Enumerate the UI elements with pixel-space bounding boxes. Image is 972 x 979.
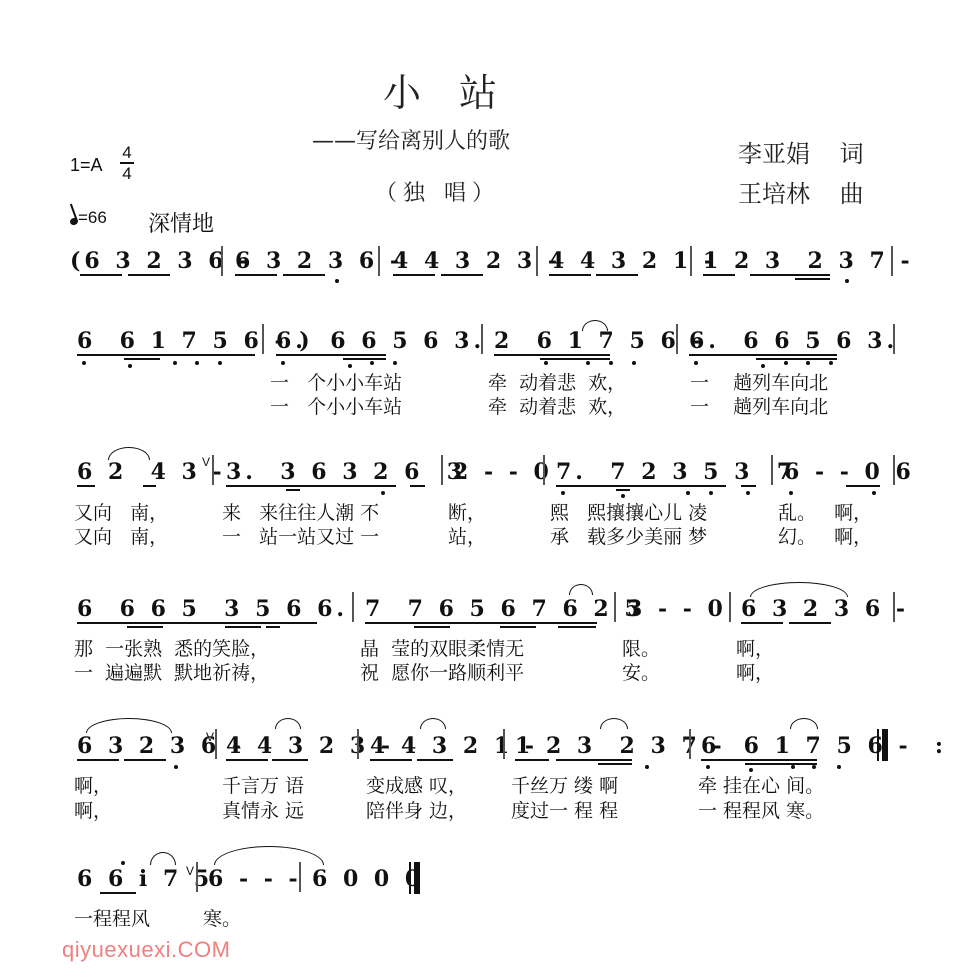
slur <box>86 718 172 733</box>
lyric-verse2: 度过一 程 程 <box>511 796 618 823</box>
lower-octave-dot <box>173 361 177 365</box>
lyric-verse1: 啊， <box>736 634 774 661</box>
lyric-verse2: 陪伴身 边， <box>366 796 467 823</box>
underline <box>365 622 597 624</box>
lyric-verse2: 一 趟列车向北 <box>690 392 828 419</box>
lower-octave-dot <box>686 491 690 495</box>
lyric-verse2: 承 载多少美丽 梦 <box>550 522 707 549</box>
slur <box>600 718 628 729</box>
underline <box>226 485 396 487</box>
barline <box>196 862 198 892</box>
measure-1: (6 3 2 3 6 - <box>70 248 252 274</box>
measure-9: 6. 6 6 5 6 3. <box>689 328 898 354</box>
lower-octave-dot <box>709 491 713 495</box>
underline <box>143 485 156 487</box>
repeat-barline-thin <box>877 729 879 761</box>
lyric-verse1: 那 一张熟 悉的笑脸， <box>74 634 269 661</box>
final-barline-thin <box>409 862 411 894</box>
time-sig-bottom: 4 <box>120 165 134 182</box>
lyric-verse2: 一 程程风 寒。 <box>698 796 824 823</box>
measure-20: 4 4 3 2 3 - <box>226 733 394 759</box>
underline <box>741 622 783 624</box>
measure-4: 4 4 3 2 1 - <box>549 248 717 274</box>
lower-octave-dot <box>829 361 833 365</box>
underline <box>750 274 830 276</box>
underline-double <box>225 626 261 628</box>
final-barline-thick <box>414 862 420 894</box>
breath-mark: V <box>202 455 210 469</box>
lyric-verse2: 站， <box>448 522 486 549</box>
lower-octave-dot <box>837 765 841 769</box>
lower-octave-dot <box>82 361 86 365</box>
composer-credit: 王培林 曲 <box>738 174 864 209</box>
underline <box>276 354 386 356</box>
underline-double <box>500 626 536 628</box>
lyric-verse2: 幻。 啊， <box>778 522 872 549</box>
underline <box>272 759 308 761</box>
measure-22: 1 2 3 2 3 7 - <box>515 733 726 759</box>
lyric-verse2: 一 个小小车站 <box>270 392 402 419</box>
measure-15: 6 6 6 5 3 5 6 6. <box>77 596 348 622</box>
underline <box>77 354 255 356</box>
underline <box>701 759 817 761</box>
underline <box>596 274 638 276</box>
lower-octave-dot <box>812 765 816 769</box>
underline <box>77 622 317 624</box>
lower-octave-dot <box>694 361 698 365</box>
lyric-verse1: 晶 莹的双眼柔情无 <box>360 634 524 661</box>
underline-double <box>540 358 610 360</box>
repeat-barline-thick <box>882 729 888 761</box>
barline <box>357 729 359 759</box>
lyric-verse2: 啊， <box>736 658 774 685</box>
barline <box>729 592 731 622</box>
underline-double <box>756 358 837 360</box>
lyric-verse2: 一 遍遍默 默地祈祷， <box>74 658 269 685</box>
measure-7: 6. 6 6 5 6 3. <box>276 328 485 354</box>
underline <box>846 485 880 487</box>
barline <box>543 455 545 485</box>
underline-double <box>414 626 450 628</box>
lyric-verse1: 变成感 叹， <box>366 771 467 798</box>
lower-octave-dot <box>784 361 788 365</box>
barline <box>378 246 380 276</box>
lower-octave-dot <box>281 361 285 365</box>
lower-octave-dot <box>845 279 849 283</box>
underline-double <box>343 358 386 360</box>
underline-double <box>795 278 830 280</box>
barline <box>891 246 893 276</box>
composer-name: 王培林 <box>738 180 810 208</box>
slur <box>569 584 593 595</box>
lower-octave-dot <box>632 361 636 365</box>
barline <box>689 729 691 759</box>
lyricist-name: 李亚娟 <box>738 140 810 168</box>
measure-26: 6 0 0 0 <box>312 866 424 892</box>
lyric-verse1: 啊， <box>74 771 112 798</box>
measure-16: 7 7 6 5 6 7 6 2 5 <box>365 596 644 622</box>
time-signature: 4 4 <box>120 144 134 182</box>
lyric-verse1: 牵 动着悲 欢， <box>488 368 626 395</box>
lower-octave-dot <box>789 491 793 495</box>
underline <box>789 622 831 624</box>
lyric-verse1: 熙 熙攘攘心儿 凌 <box>550 498 707 525</box>
lyric-verse2: 祝 愿你一路顺利平 <box>360 658 524 685</box>
underline <box>494 354 610 356</box>
lyricist-credit: 李亚娟 词 <box>738 134 864 169</box>
underline-double <box>127 626 163 628</box>
lower-octave-dot <box>645 765 649 769</box>
lower-octave-dot <box>128 364 132 368</box>
lyric-verse2: 又向 南， <box>74 522 168 549</box>
lower-octave-dot <box>195 361 199 365</box>
underline <box>549 274 591 276</box>
tie <box>108 447 150 460</box>
breath-mark: V <box>206 730 214 744</box>
key-signature: 1=A <box>70 155 103 176</box>
measure-21: 4 4 3 2 1 - <box>370 733 538 759</box>
underline <box>703 274 735 276</box>
lower-octave-dot <box>806 361 810 365</box>
lower-octave-dot <box>872 491 876 495</box>
barline <box>893 324 895 354</box>
upper-octave-dot <box>121 861 125 865</box>
measure-8: 2 6 1 7 5 6 - <box>494 328 705 354</box>
underline <box>393 274 435 276</box>
underline <box>417 759 453 761</box>
performance-type: （独 唱） <box>375 176 500 207</box>
slur <box>420 718 446 729</box>
underline <box>515 759 549 761</box>
underline <box>226 759 268 761</box>
underline <box>441 274 483 276</box>
slur <box>582 320 608 331</box>
underline-double <box>598 763 632 765</box>
lyric-verse1: 来 来往往人潮 不 <box>222 498 379 525</box>
lyric-verse2: 真情永 远 <box>222 796 304 823</box>
slur <box>790 718 818 729</box>
barline <box>441 455 443 485</box>
breath-mark: V <box>186 864 194 878</box>
lyric-verse1: 一 个小小车站 <box>270 368 402 395</box>
barline <box>503 729 505 759</box>
expression-marking: 深情地 <box>148 207 214 238</box>
lyric-verse2: 牵 动着悲 欢， <box>488 392 626 419</box>
time-sig-top: 4 <box>120 144 134 161</box>
underline-double <box>745 763 817 765</box>
underline-double <box>266 626 280 628</box>
measure-13: 7. 7 2 3 5 3 7 <box>556 459 796 485</box>
underline-double <box>558 626 596 628</box>
lower-octave-dot <box>586 361 590 365</box>
lyricist-role: 词 <box>840 140 864 168</box>
barline <box>676 324 678 354</box>
underline <box>410 485 425 487</box>
underline <box>77 759 119 761</box>
tie <box>214 846 324 865</box>
lower-octave-dot <box>706 765 710 769</box>
underline <box>370 759 412 761</box>
barline <box>299 862 301 892</box>
measure-25: 6 - - - <box>208 866 302 892</box>
measure-11: 3. 3 6 3 2 6 3 <box>226 459 466 485</box>
underline <box>80 274 122 276</box>
lyric-verse1: 断， <box>448 498 486 525</box>
slur <box>275 718 301 729</box>
lyric-verse1: 一程程风 <box>74 904 150 931</box>
lyric-verse1: 又向 南， <box>74 498 168 525</box>
measure-17: 3 - - 0 <box>627 596 727 622</box>
song-title: 小站 <box>383 62 535 117</box>
lyric-verse1: 千丝万 缕 啊 <box>511 771 618 798</box>
lower-octave-dot <box>544 361 548 365</box>
barline <box>893 455 895 485</box>
tempo-value: =66 <box>78 208 107 227</box>
measure-12: 2 - - 0 <box>453 459 553 485</box>
underline <box>128 274 170 276</box>
composer-role: 曲 <box>840 180 864 208</box>
measure-14: 6 - - 0 6 <box>784 459 915 485</box>
measure-5: 1 2 3 2 3 7 - <box>703 248 914 274</box>
barline <box>215 729 217 759</box>
measure-18: 6 3 2 3 6 - <box>741 596 909 622</box>
lyric-verse1: 牵 挂在心 间。 <box>698 771 824 798</box>
watermark: qiyuexuexi.COM <box>62 937 230 963</box>
barline <box>212 455 214 485</box>
measure-19: 6 3 2 3 6 - <box>77 733 245 759</box>
lower-octave-dot <box>370 361 374 365</box>
barline <box>614 592 616 622</box>
lyric-verse2: 啊， <box>74 796 112 823</box>
barline <box>690 246 692 276</box>
lower-octave-dot <box>791 765 795 769</box>
tempo-marking: =66 <box>70 208 107 228</box>
lyric-verse1: 乱。 啊， <box>778 498 872 525</box>
lyric-verse2: 一 站一站又过 一 <box>222 522 379 549</box>
barline <box>262 324 264 354</box>
lower-octave-dot <box>335 279 339 283</box>
underline-double <box>286 489 300 491</box>
lower-octave-dot <box>561 491 565 495</box>
underline <box>556 485 726 487</box>
barline <box>481 324 483 354</box>
barline <box>221 246 223 276</box>
lyric-verse1: 限。 <box>622 634 660 661</box>
lower-octave-dot <box>174 765 178 769</box>
underline <box>283 274 325 276</box>
slur <box>750 582 848 597</box>
lower-octave-dot <box>609 361 613 365</box>
lower-octave-dot <box>746 491 750 495</box>
slur <box>150 852 176 865</box>
underline <box>77 485 95 487</box>
underline <box>100 892 136 894</box>
lyric-verse1: 一 趟列车向北 <box>690 368 828 395</box>
underline <box>124 759 166 761</box>
lyric-verse1: 千言万 语 <box>222 771 304 798</box>
underline <box>689 354 837 356</box>
underline <box>556 759 632 761</box>
barline <box>771 455 773 485</box>
lyric-verse2: 安。 <box>622 658 660 685</box>
song-subtitle: ——写给离别人的歌 <box>312 124 510 155</box>
lower-octave-dot <box>218 361 222 365</box>
lower-octave-dot <box>381 491 385 495</box>
barline <box>536 246 538 276</box>
underline-double <box>616 489 630 491</box>
barline <box>893 592 895 622</box>
lower-octave-dot <box>393 361 397 365</box>
lyric-verse1: 寒。 <box>203 904 241 931</box>
barline <box>352 592 354 622</box>
underline <box>741 485 756 487</box>
measure-23: 6 6 1 7 5 6 - : <box>701 733 947 759</box>
underline <box>235 274 277 276</box>
underline-double <box>124 358 160 360</box>
